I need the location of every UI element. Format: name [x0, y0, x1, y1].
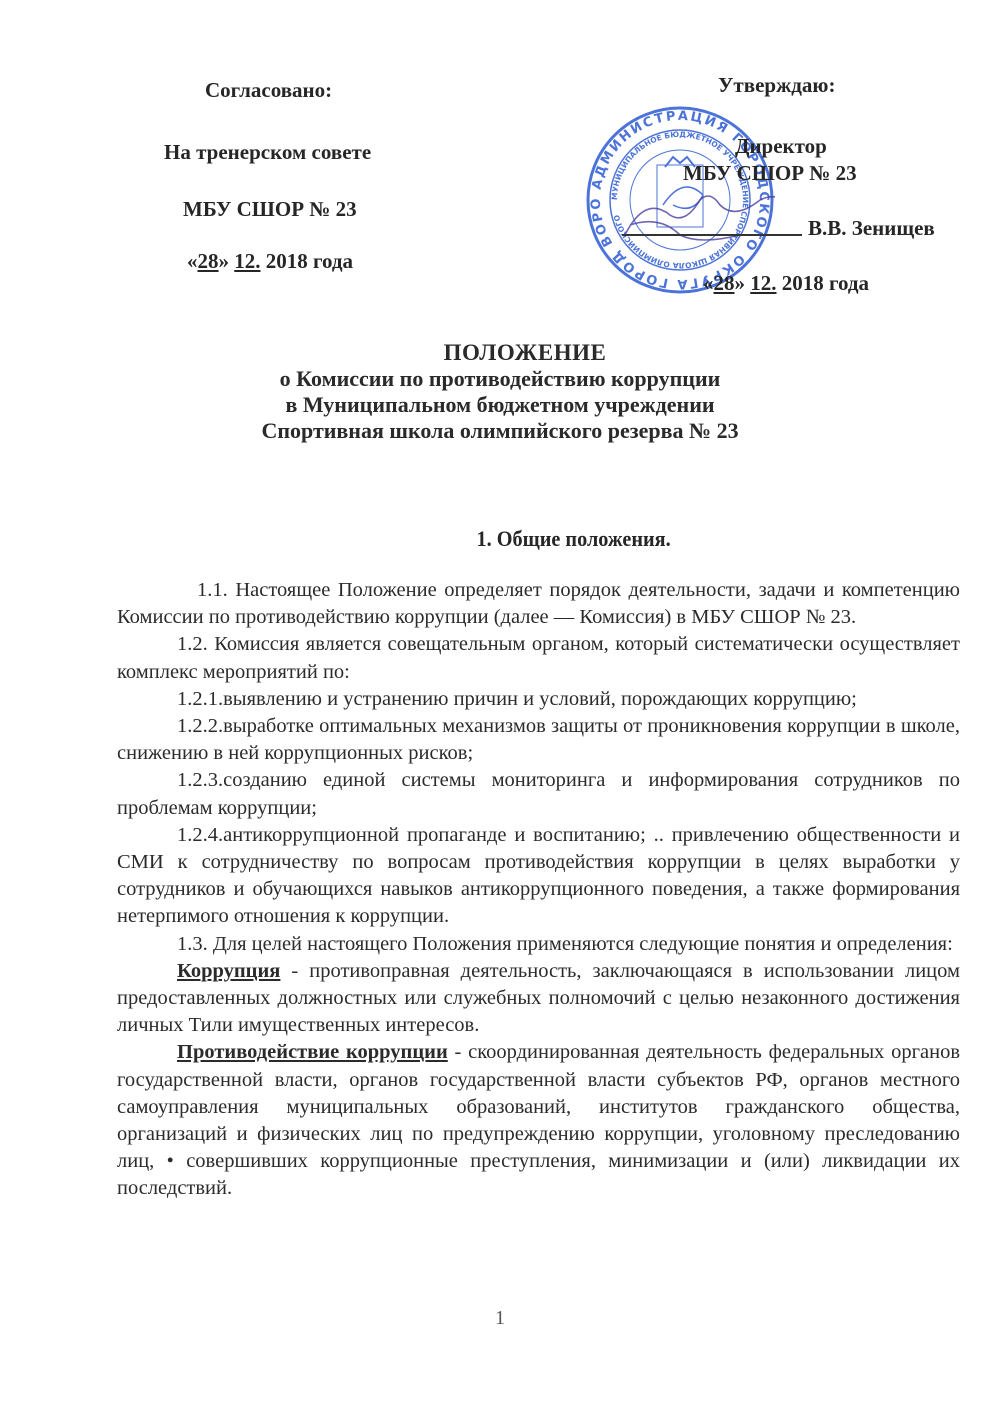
agreed-org: МБУ СШОР № 23 [183, 197, 357, 222]
paragraph-1-2: 1.2. Комиссия является совещательным орг… [117, 631, 960, 685]
paragraph-1-1: 1.1. Настоящее Положение определяет поря… [117, 577, 960, 631]
signature-line [622, 234, 802, 236]
paragraph-1-2-3: 1.2.3.созданию единой системы мониторинг… [117, 767, 960, 821]
document-page: Согласовано: На тренерском совете МБУ СШ… [0, 0, 1000, 1413]
approved-date-day: 28 [714, 271, 735, 295]
svg-text:МУНИЦИПАЛЬНОЕ БЮДЖЕТНОЕ УЧРЕЖД: МУНИЦИПАЛЬНОЕ БЮДЖЕТНОЕ УЧРЕЖДЕНИЕ СПОРТ… [610, 130, 750, 270]
paragraph-1-2-2: 1.2.2.выработке оптимальных механизмов з… [117, 713, 960, 767]
section-heading: 1. Общие положения. [40, 526, 960, 552]
title-line-1: ПОЛОЖЕНИЕ [0, 340, 1000, 366]
agreed-date-year: 2018 года [266, 249, 353, 273]
paragraph-1-3: 1.3. Для целей настоящего Положения прим… [117, 931, 960, 958]
approved-date-month: 12. [750, 271, 776, 295]
director-name: В.В. Зенищев [808, 216, 935, 241]
agreed-heading: Согласовано: [205, 78, 332, 103]
agreed-date-month: 12. [234, 249, 260, 273]
title-line-2: о Комиссии по противодействию коррупции [0, 366, 1000, 392]
definition-text: - скоординированная деятельность федерал… [117, 1041, 960, 1199]
title-line-4: Спортивная школа олимпийского резерва № … [0, 418, 1000, 444]
definition-term: Противодействие коррупции [177, 1041, 448, 1063]
approved-date: «28» 12. 2018 года [703, 271, 869, 296]
agreed-council: На тренерском совете [164, 140, 371, 165]
paragraph-1-2-4: 1.2.4.антикоррупционной пропаганде и вос… [117, 822, 960, 931]
director-title: Директор [735, 134, 827, 159]
document-title: ПОЛОЖЕНИЕ о Комиссии по противодействию … [0, 340, 1000, 444]
agreed-date-day: 28 [198, 249, 219, 273]
page-number: 1 [0, 1307, 1000, 1330]
definition-corruption: Коррупция - противоправная деятельность,… [117, 958, 960, 1040]
approved-date-year: 2018 года [782, 271, 869, 295]
definition-term: Коррупция [177, 960, 280, 982]
approved-org: МБУ СШОР № 23 [683, 161, 857, 186]
paragraph-1-2-1: 1.2.1.выявлению и устранению причин и ус… [117, 686, 960, 713]
definition-counteraction: Противодействие коррупции - скоординиров… [117, 1039, 960, 1202]
agreed-date: «28» 12. 2018 года [187, 249, 353, 274]
approved-heading: Утверждаю: [718, 73, 835, 98]
document-body: 1.1. Настоящее Положение определяет поря… [117, 577, 960, 1203]
title-line-3: в Муниципальном бюджетном учреждении [0, 392, 1000, 418]
